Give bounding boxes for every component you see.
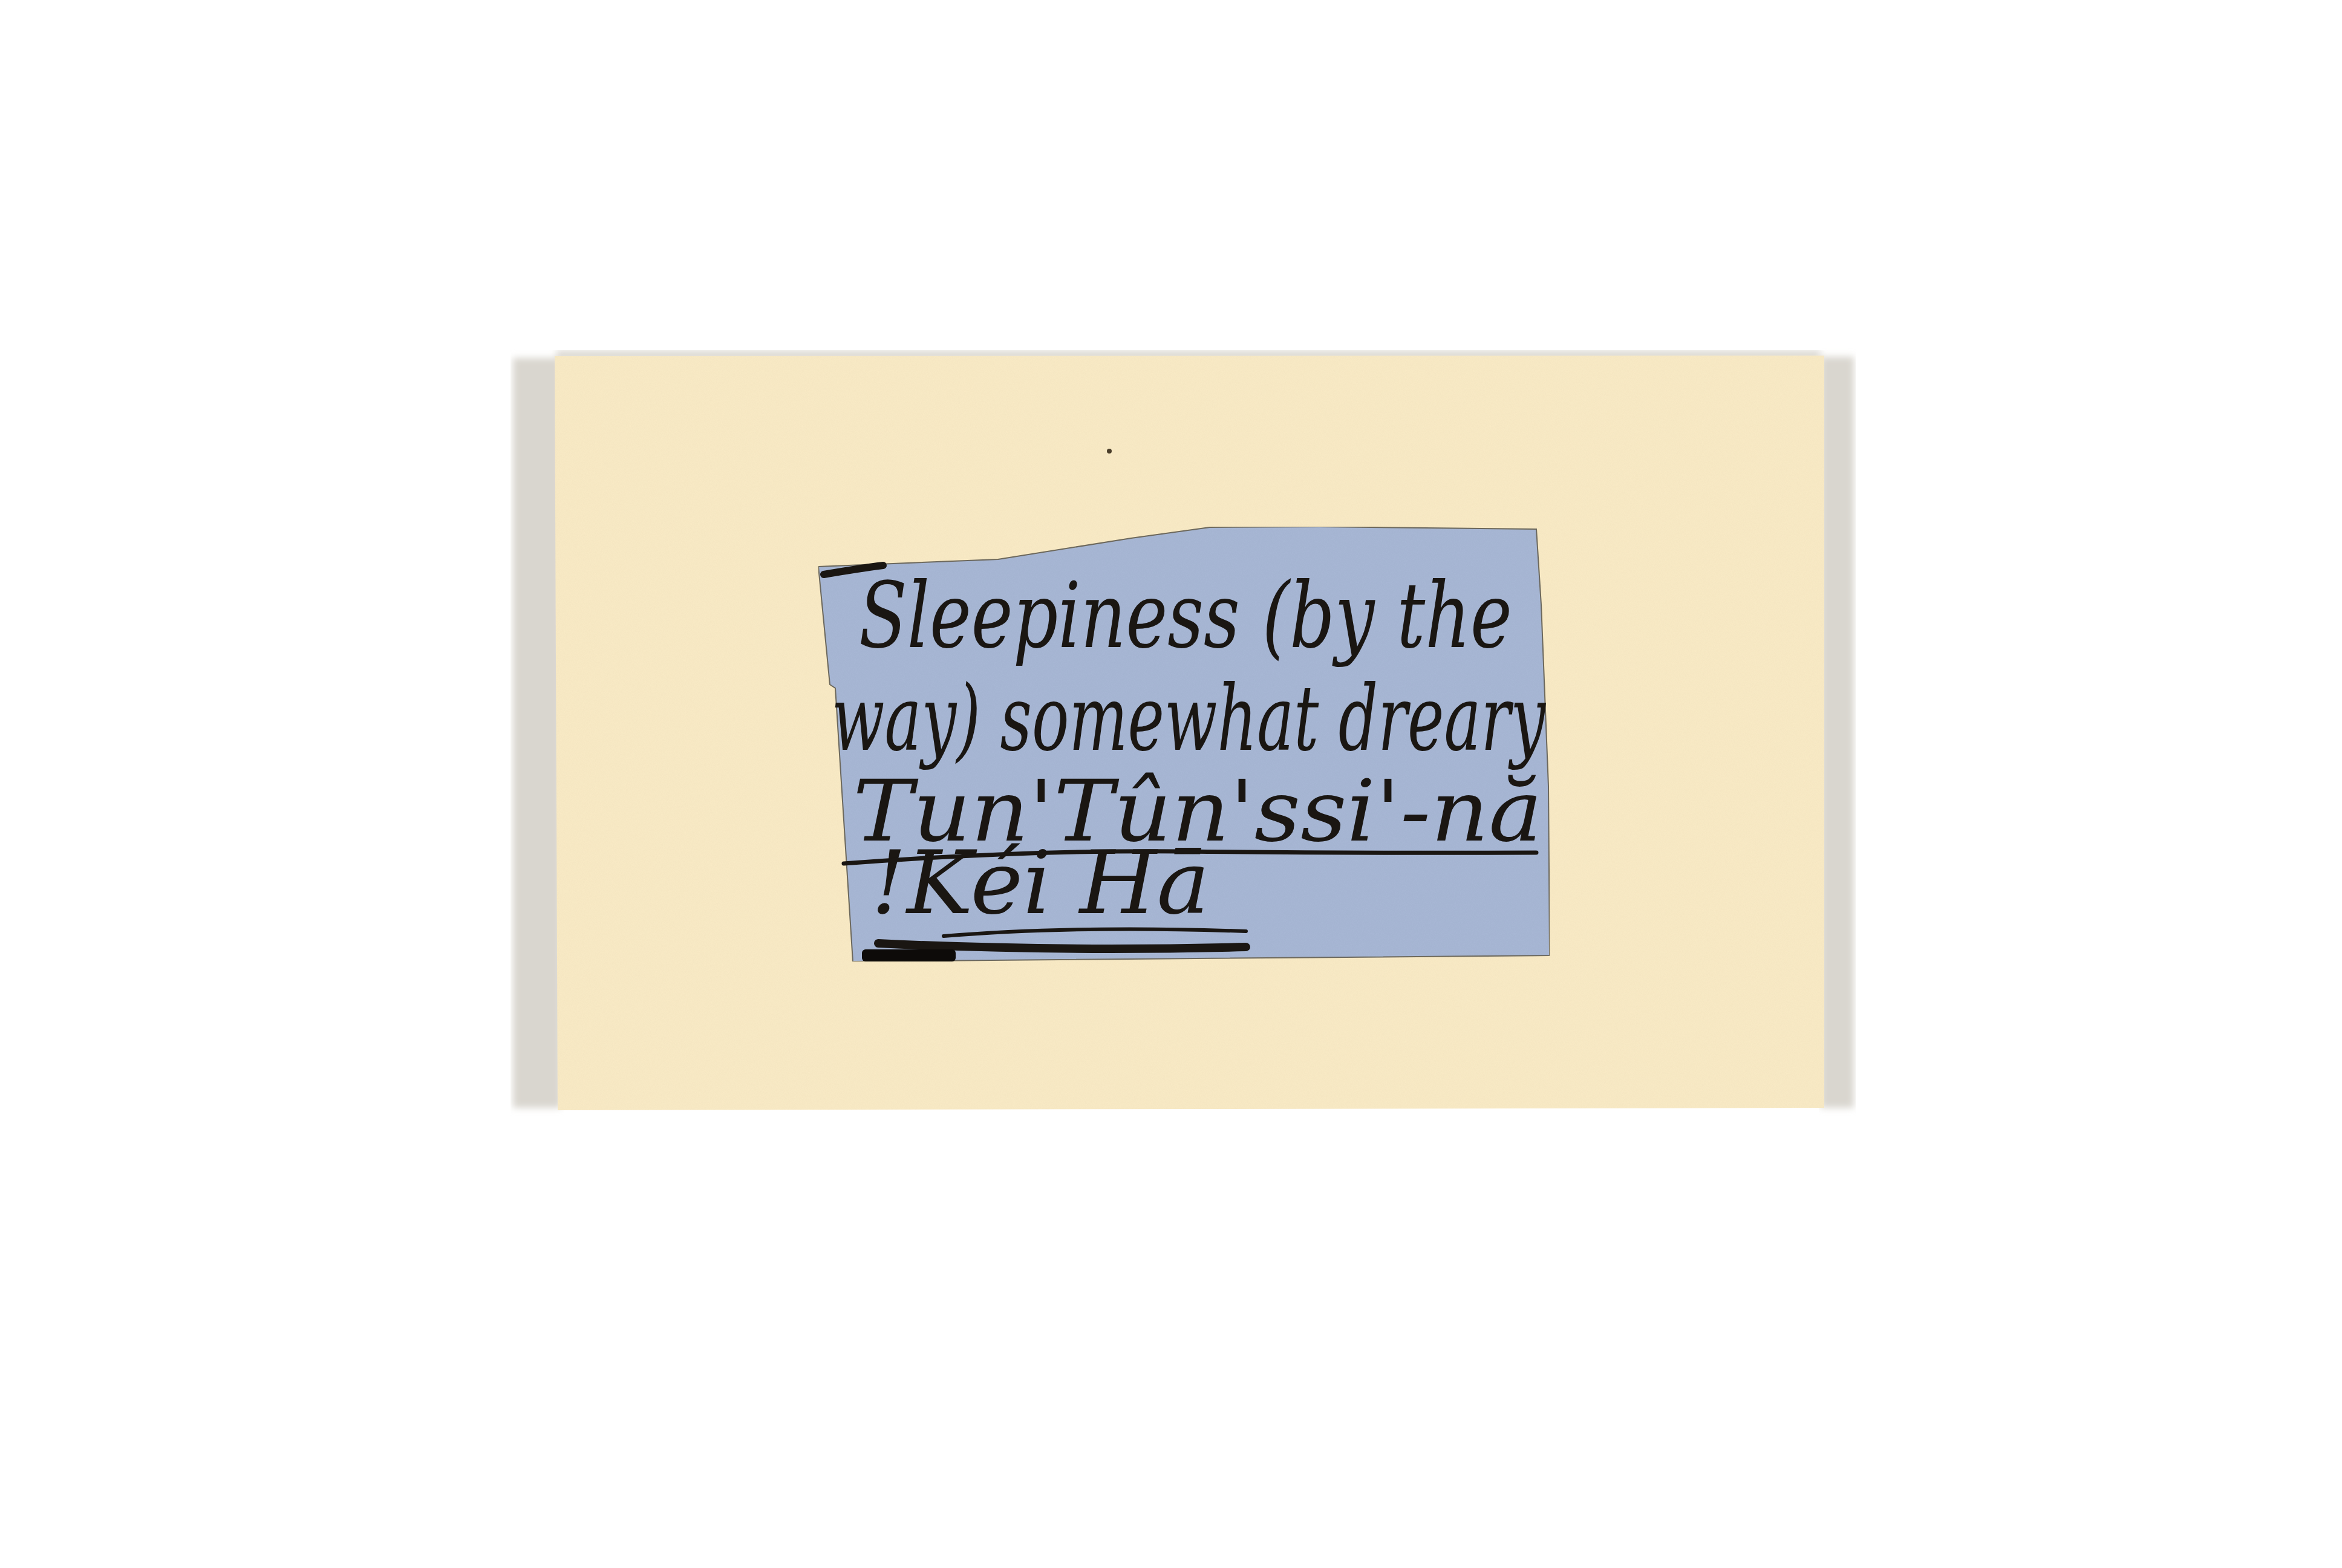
card-speck — [1107, 449, 1112, 454]
note-line-4: !Kéi Hā — [871, 832, 1210, 934]
note-line-2: way) somewhat dreary — [832, 666, 1547, 772]
ink-bar — [862, 949, 956, 961]
note-line-1: Sleepiness (by the — [859, 564, 1512, 669]
photo-scene: Sleepiness (by the way) somewhat dreary … — [0, 0, 2342, 1568]
